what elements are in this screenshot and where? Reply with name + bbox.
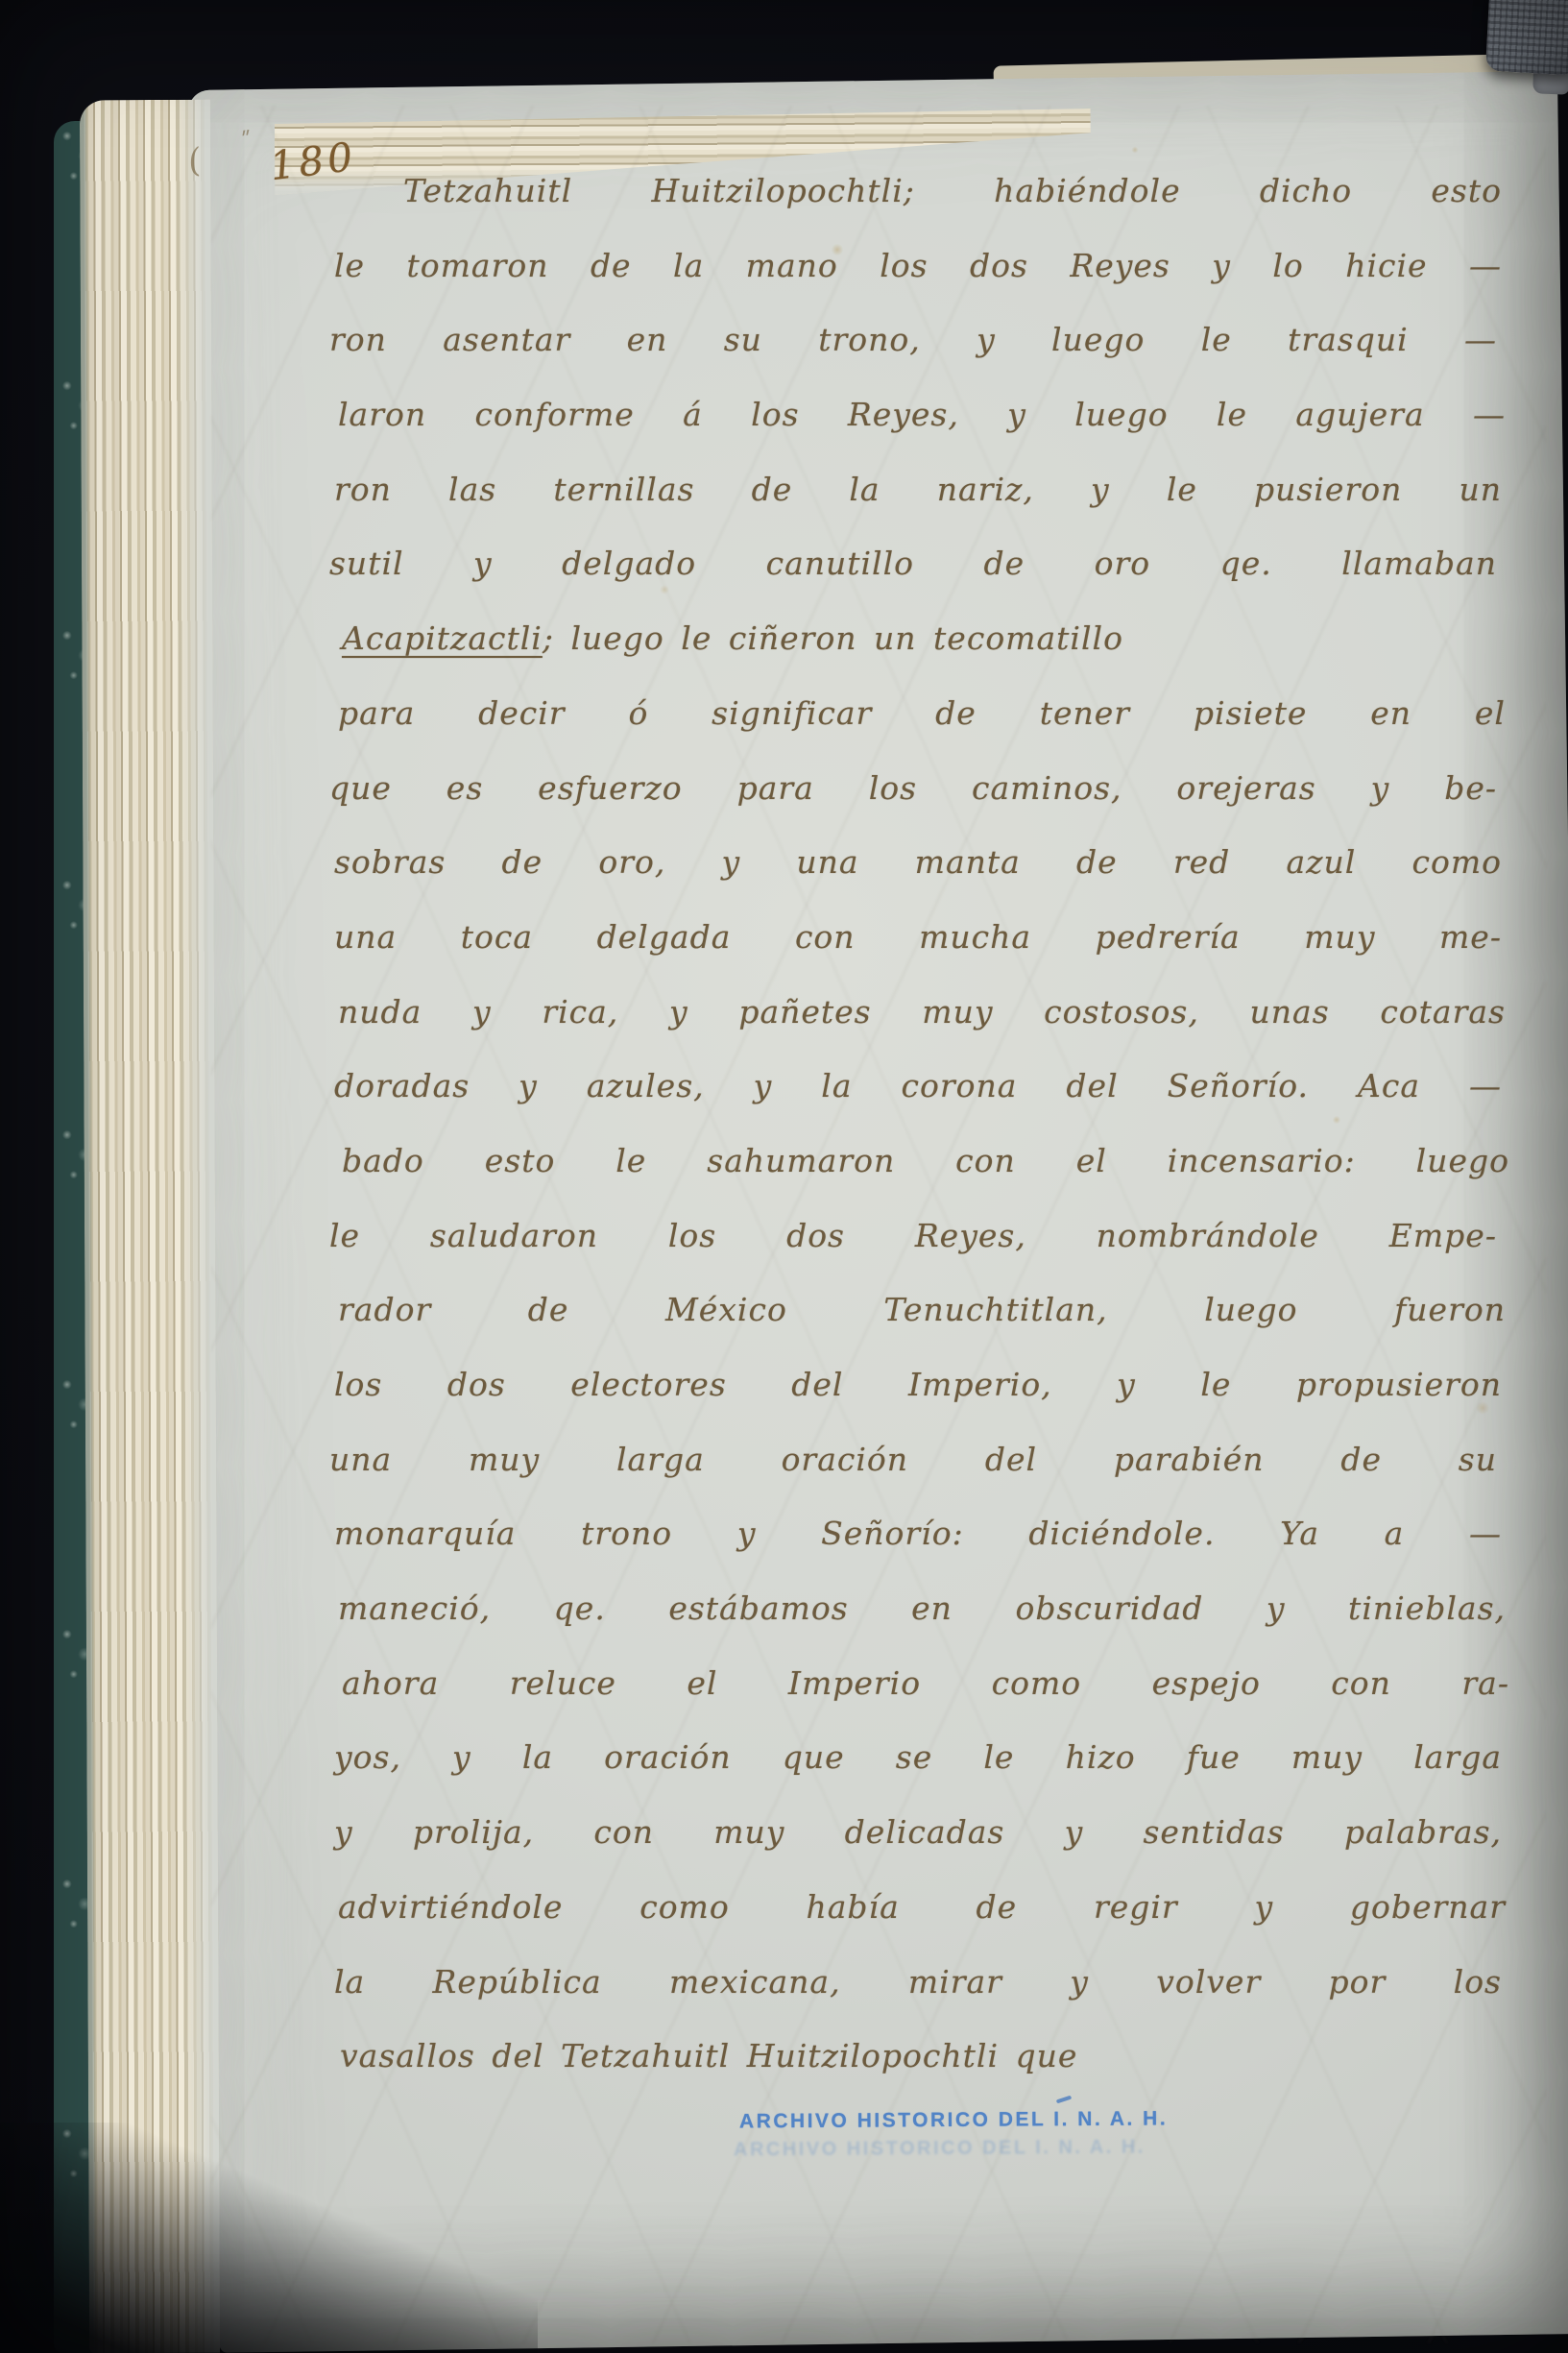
manuscript-line: sobras de oro, y una manta de red azul c… (334, 825, 1502, 900)
manuscript-line: bado esto le sahumaron con el incensario… (342, 1124, 1509, 1199)
manuscript-line: yos, y la oración que se le hizo fue muy… (334, 1720, 1502, 1795)
manuscript-line: sutil y delgado canutillo de oro qe. lla… (329, 526, 1497, 601)
archive-stamp: ARCHIVO HISTORICO DEL I. N. A. H. (739, 2107, 1168, 2133)
manuscript-line: los dos electores del Imperio, y le prop… (334, 1347, 1502, 1422)
manuscript-line: que es esfuerzo para los caminos, orejer… (329, 751, 1497, 826)
manuscript-line: para decir ó significar de tener pisiete… (338, 676, 1506, 751)
manuscript-line: le tomaron de la mano los dos Reyes y lo… (334, 229, 1502, 303)
manuscript-line: vasallos del Tetzahuitl Huitzilopochtli … (334, 2019, 1502, 2094)
cloth-scrap-dark (1485, 0, 1568, 75)
bottom-left-shadow (0, 2123, 538, 2353)
manuscript-line: rador de México Tenuchtitlan, luego fuer… (338, 1273, 1506, 1347)
archive-stamp-ghost: ARCHIVO HISTORICO DEL I. N. A. H. (734, 2137, 1146, 2162)
manuscript-line: Acapitzactli; luego le ciñeron un tecoma… (342, 601, 1509, 676)
manuscript-line: ron asentar en su trono, y luego le tras… (329, 303, 1497, 377)
underlined-word-acapitzactli: Acapitzactli (342, 619, 543, 657)
manuscript-line: doradas y azules, y la corona del Señorí… (334, 1049, 1502, 1124)
manuscript-photo: ( ʺ 180 Tetzahuitl Huitzilopochtli; habi… (0, 0, 1568, 2353)
manuscript-line: advirtiéndole como había de regir y gobe… (338, 1870, 1506, 1945)
manuscript-line: Tetzahuitl Huitzilopochtli; habiéndole d… (334, 154, 1502, 229)
manuscript-text-block: Tetzahuitl Huitzilopochtli; habiéndole d… (334, 154, 1502, 2103)
manuscript-line: maneció, qe. estábamos en obscuridad y t… (338, 1571, 1506, 1646)
manuscript-line: monarquía trono y Señorío: diciéndole. Y… (334, 1496, 1502, 1571)
manuscript-line: ahora reluce el Imperio como espejo con … (342, 1646, 1509, 1721)
line-text: ; luego le ciñeron un tecomatillo (543, 601, 1123, 676)
manuscript-line: le saludaron los dos Reyes, nombrándole … (329, 1199, 1497, 1274)
manuscript-line: nuda y rica, y pañetes muy costosos, una… (338, 975, 1506, 1050)
manuscript-line: laron conforme á los Reyes, y luego le a… (338, 377, 1506, 452)
manuscript-line: ron las ternillas de la nariz, y le pusi… (334, 452, 1502, 527)
manuscript-line: y prolija, con muy delicadas y sentidas … (334, 1795, 1502, 1870)
manuscript-line: una muy larga oración del parabién de su (329, 1422, 1497, 1497)
manuscript-line: una toca delgada con mucha pedrería muy … (334, 900, 1502, 975)
manuscript-line: la República mexicana, mirar y volver po… (334, 1945, 1502, 2020)
